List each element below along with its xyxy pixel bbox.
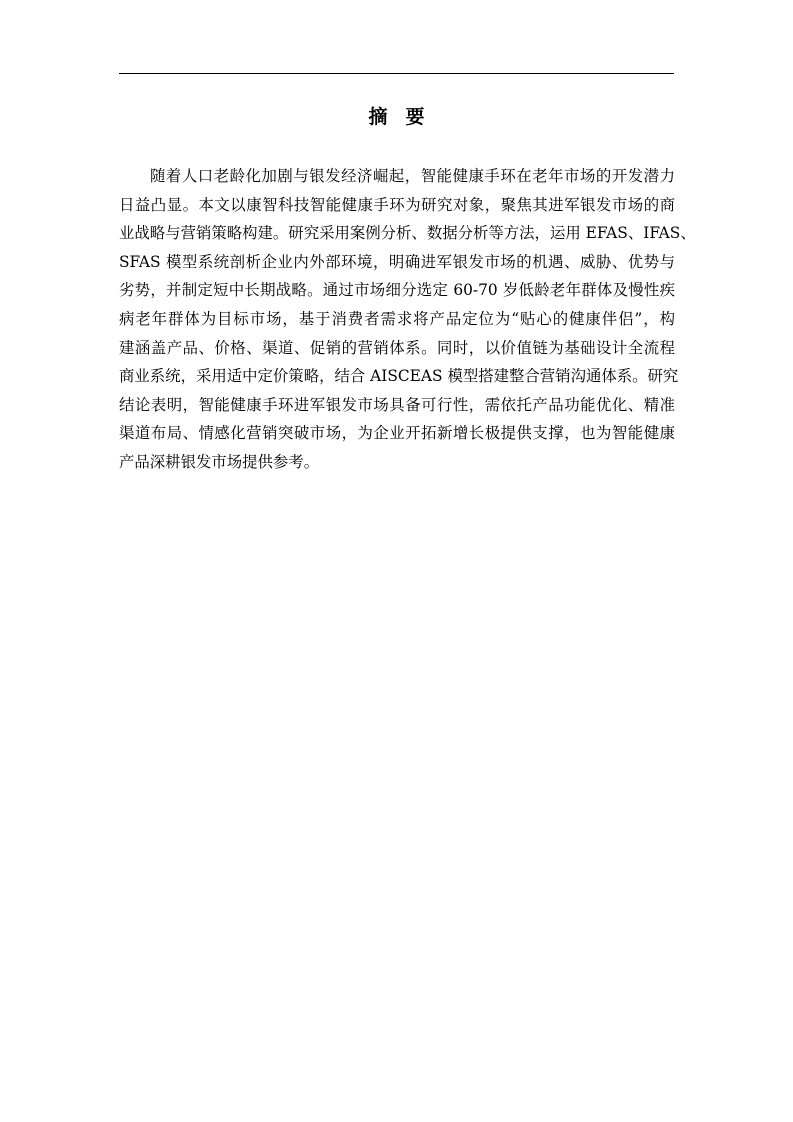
- abstract-line: 渠道布局、情感化营销突破市场，为企业开拓新增长极提供支撑，也为智能健康: [119, 419, 675, 448]
- abstract-line: 随着人口老龄化加剧与银发经济崛起，智能健康手环在老年市场的开发潜力: [119, 162, 675, 191]
- abstract-line: 病老年群体为目标市场，基于消费者需求将产品定位为“贴心的健康伴侣”，构: [119, 305, 675, 334]
- abstract-paragraph: 随着人口老龄化加剧与银发经济崛起，智能健康手环在老年市场的开发潜力 日益凸显。本…: [119, 162, 675, 477]
- abstract-line: 日益凸显。本文以康智科技智能健康手环为研究对象，聚焦其进军银发市场的商: [119, 191, 675, 220]
- title-char-2: 要: [406, 106, 425, 128]
- abstract-line: 建涵盖产品、价格、渠道、促销的营销体系。同时，以价值链为基础设计全流程: [119, 334, 675, 363]
- abstract-line: 产品深耕银发市场提供参考。: [119, 448, 675, 477]
- page-title: 摘要: [119, 104, 674, 130]
- abstract-line: SFAS 模型系统剖析企业内外部环境，明确进军银发市场的机遇、威胁、优势与: [119, 248, 675, 277]
- title-char-1: 摘: [368, 106, 387, 128]
- abstract-line: 商业系统，采用适中定价策略，结合 AISCEAS 模型搭建整合营销沟通体系。研究: [119, 362, 675, 391]
- header-rule: [119, 73, 674, 74]
- abstract-line: 业战略与营销策略构建。研究采用案例分析、数据分析等方法，运用 EFAS、IFAS…: [119, 219, 675, 248]
- abstract-line: 劣势，并制定短中长期战略。通过市场细分选定 60-70 岁低龄老年群体及慢性疾: [119, 276, 675, 305]
- abstract-line: 结论表明，智能健康手环进军银发市场具备可行性，需依托产品功能优化、精准: [119, 391, 675, 420]
